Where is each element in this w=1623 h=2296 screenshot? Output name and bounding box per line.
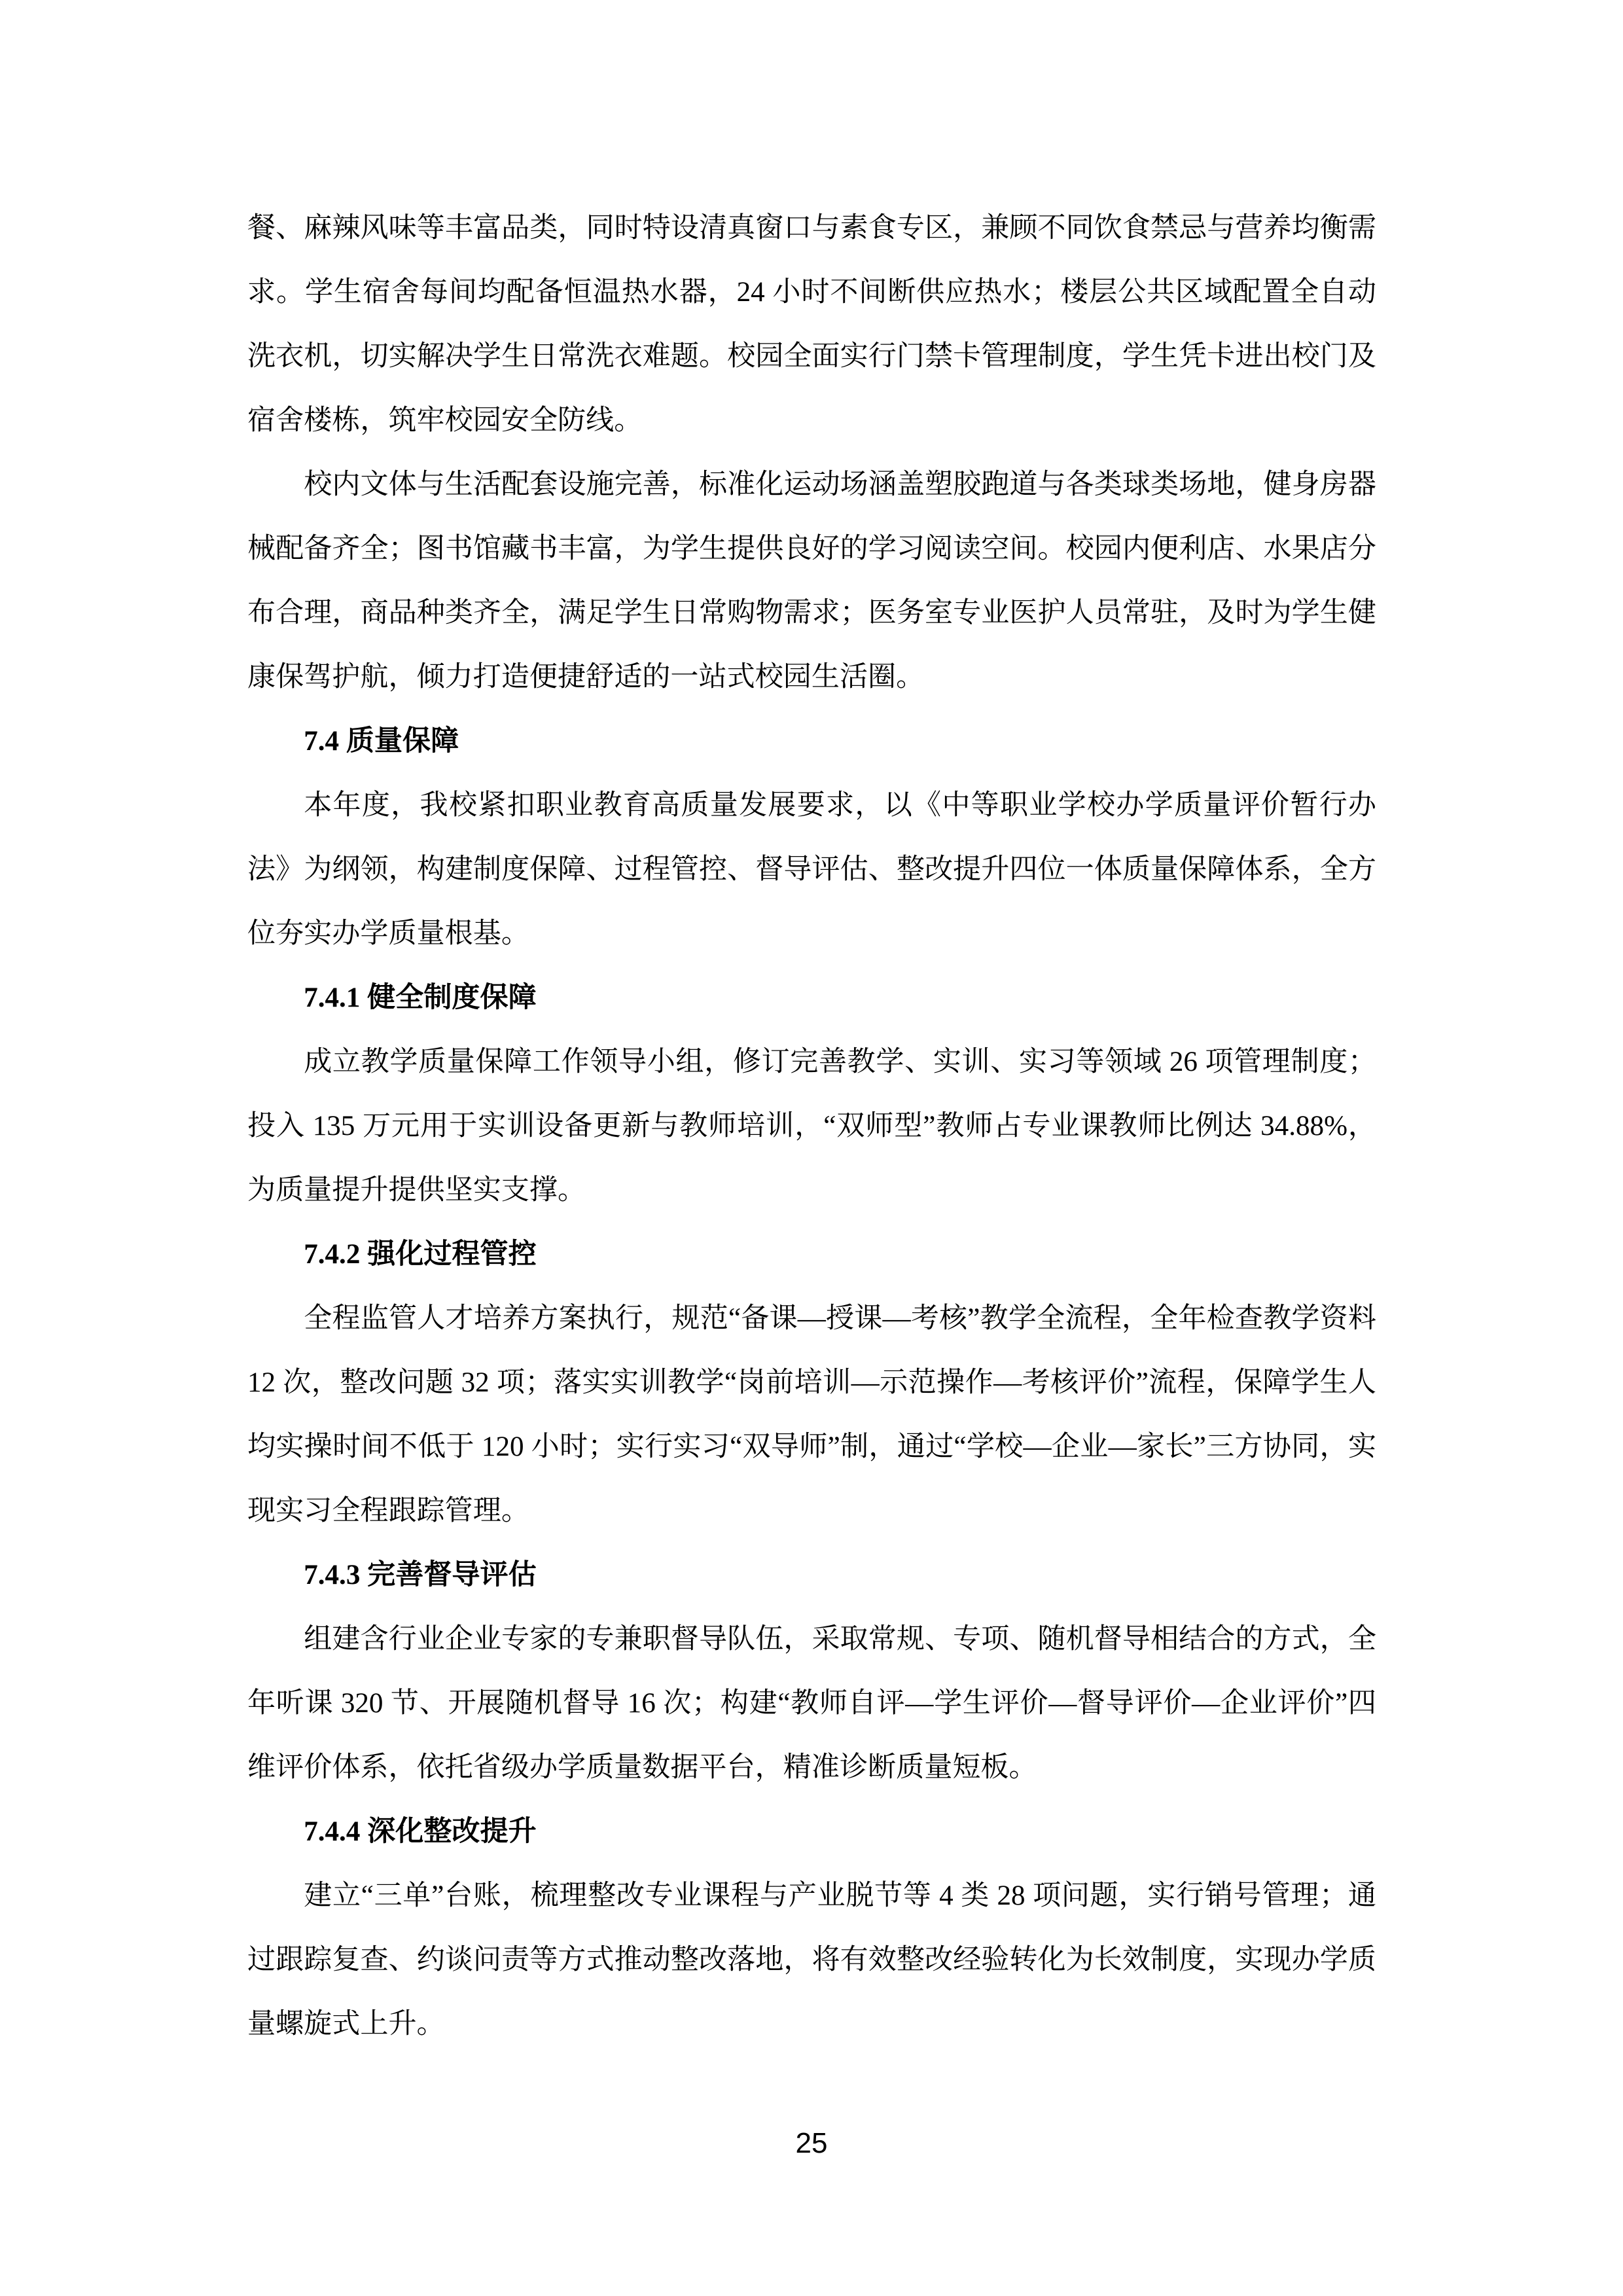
paragraph-rectification-improvement: 建立“三单”台账，梳理整改专业课程与产业脱节等 4 类 28 项问题，实行销号管… — [247, 1864, 1376, 2056]
paragraph-process-control: 全程监管人才培养方案执行，规范“备课—授课—考核”教学全流程，全年检查教学资料 … — [247, 1287, 1376, 1543]
paragraph-dining-dorm-security-continuation: 餐、麻辣风味等丰富品类，同时特设清真窗口与素食专区，兼顾不同饮食禁忌与营养均衡需… — [247, 196, 1376, 453]
paragraph-supervision-evaluation: 组建含行业企业专家的专兼职督导队伍，采取常规、专项、随机督导相结合的方式，全年听… — [247, 1607, 1376, 1800]
heading-7-4-3-supervision-evaluation: 7.4.3 完善督导评估 — [247, 1543, 1376, 1607]
document-body: 餐、麻辣风味等丰富品类，同时特设清真窗口与素食专区，兼顾不同饮食禁忌与营养均衡需… — [247, 196, 1376, 2056]
heading-7-4-1-institutional-guarantee: 7.4.1 健全制度保障 — [247, 966, 1376, 1030]
document-page: 餐、麻辣风味等丰富品类，同时特设清真窗口与素食专区，兼顾不同饮食禁忌与营养均衡需… — [0, 0, 1623, 2296]
paragraph-quality-system-overview: 本年度，我校紧扣职业教育高质量发展要求，以《中等职业学校办学质量评价暂行办法》为… — [247, 774, 1376, 966]
heading-7-4-quality-assurance: 7.4 质量保障 — [247, 709, 1376, 774]
page-number: 25 — [0, 2128, 1623, 2159]
heading-7-4-4-rectification-improvement: 7.4.4 深化整改提升 — [247, 1800, 1376, 1864]
heading-7-4-2-process-control: 7.4.2 强化过程管控 — [247, 1223, 1376, 1287]
paragraph-campus-facilities: 校内文体与生活配套设施完善，标准化运动场涵盖塑胶跑道与各类球类场地，健身房器械配… — [247, 453, 1376, 709]
paragraph-institutional-guarantee: 成立教学质量保障工作领导小组，修订完善教学、实训、实习等领域 26 项管理制度；… — [247, 1030, 1376, 1223]
